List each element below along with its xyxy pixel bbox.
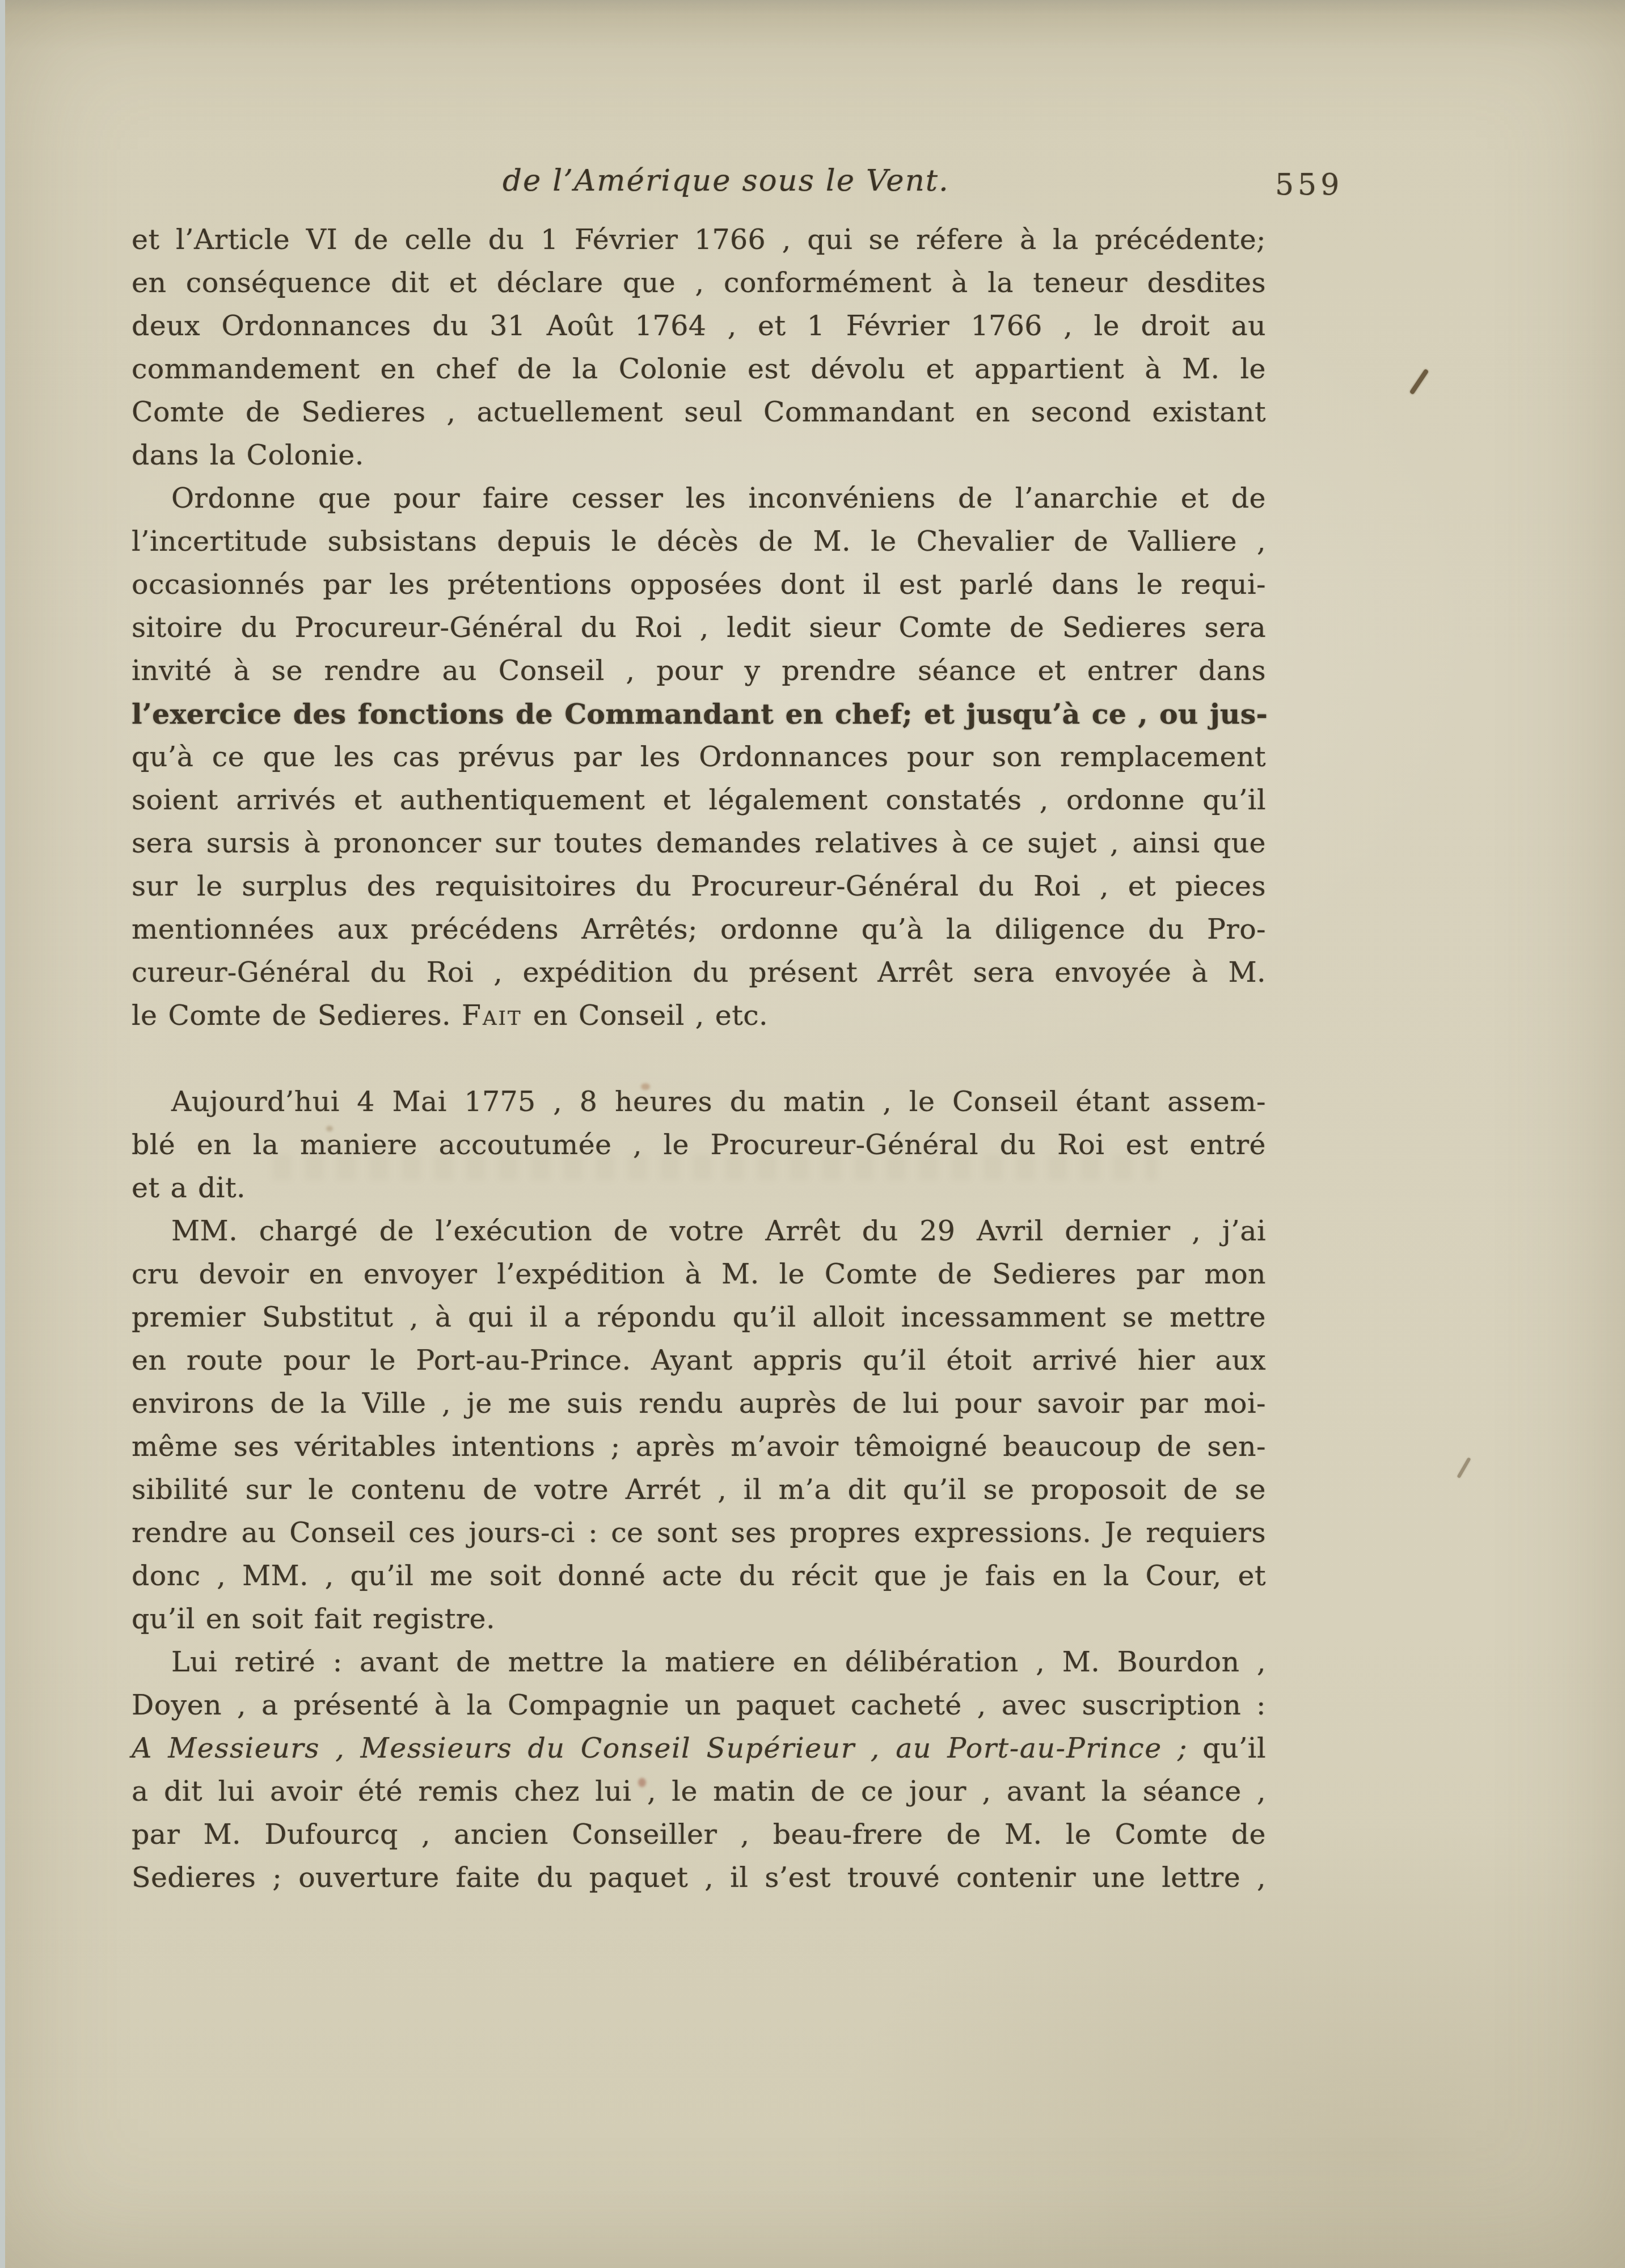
foxing-spot [638,1778,646,1787]
text-run: Ordonne que pour faire cesser les inconv… [171,482,1266,514]
text-line: Ordonne que pour faire cesser les inconv… [132,477,1266,520]
text-line: qu’il en soit fait registre. [132,1598,1266,1641]
text-line: mentionnées aux précédens Arrêtés; ordon… [132,908,1266,951]
text-line: Lui retiré : avant de mettre la matiere … [132,1641,1266,1684]
text-line: Aujourd’hui 4 Mai 1775 , 8 heures du mat… [132,1080,1266,1124]
text-run: dans la Colonie. [132,439,364,471]
text-run: sitoire du Procureur-Général du Roi , le… [132,611,1266,644]
text-run: deux Ordonnances du 31 Août 1764 , et 1 … [132,310,1266,342]
text-line: Doyen , a présenté à la Compagnie un paq… [132,1684,1266,1727]
text-run: a dit lui avoir été remis chez lui , le … [132,1775,1266,1807]
text-run: en conséquence dit et déclare que , conf… [132,267,1266,299]
ink-showthrough [272,1154,1157,1180]
text-run: qu’il [1188,1732,1266,1764]
text-run: et a dit. [132,1172,246,1204]
paragraph-gap [132,1037,1266,1080]
smallcaps-run: Fait [462,999,522,1032]
body-text-block: et l’Article VI de celle du 1 Février 17… [132,218,1266,1899]
text-run: en route pour le Port-au-Prince. Ayant a… [132,1344,1266,1376]
running-header-title: de l’Amérique sous le Vent. [159,163,1293,198]
text-line: le Comte de Sedieres. Fait en Conseil , … [132,994,1266,1037]
text-run: invité à se rendre au Conseil , pour y p… [132,654,1266,687]
text-run: Comte de Sedieres , actuellement seul Co… [132,396,1266,428]
text-line: A Messieurs , Messieurs du Conseil Supér… [132,1727,1266,1770]
text-run: l’incertitude subsistans depuis le décès… [132,525,1266,558]
foxing-spot [326,1126,333,1131]
text-line: sera sursis à prononcer sur toutes deman… [132,822,1266,865]
text-run: premier Substitut , à qui il a répondu q… [132,1301,1266,1333]
text-run: donc , MM. , qu’il me soit donné acte du… [132,1560,1266,1592]
text-run: rendre au Conseil ces jours-ci : ce sont… [132,1517,1266,1549]
text-line: MM. chargé de l’exécution de votre Arrêt… [132,1210,1266,1253]
book-page-scan: de l’Amérique sous le Vent. 559 et l’Art… [0,0,1625,2268]
text-run: environs de la Ville , je me suis rendu … [132,1387,1266,1420]
text-run: sur le surplus des requisitoires du Proc… [132,870,1266,902]
text-line: donc , MM. , qu’il me soit donné acte du… [132,1555,1266,1598]
text-line: l’exercice des fonctions de Commandant e… [132,692,1266,736]
text-run: soient arrivés et authentiquement et lég… [132,784,1266,816]
text-line: sur le surplus des requisitoires du Proc… [132,865,1266,908]
text-run: par M. Dufourcq , ancien Conseiller , be… [132,1818,1266,1851]
text-line: commandement en chef de la Colonie est d… [132,348,1266,391]
text-line: l’incertitude subsistans depuis le décès… [132,520,1266,563]
text-line: même ses véritables intentions ; après m… [132,1425,1266,1468]
text-line: soient arrivés et authentiquement et lég… [132,779,1266,822]
text-line: en conséquence dit et déclare que , conf… [132,261,1266,305]
text-line: sitoire du Procureur-Général du Roi , le… [132,606,1266,649]
text-line: occasionnés par les prétentions opposées… [132,563,1266,606]
text-line: dans la Colonie. [132,434,1266,477]
margin-slash-mark-icon [1457,1457,1471,1479]
text-run: en Conseil , etc. [522,999,768,1032]
page-number: 559 [1275,168,1343,202]
text-run: même ses véritables intentions ; après m… [132,1430,1266,1463]
text-run: occasionnés par les prétentions opposées… [132,568,1266,601]
text-run: MM. chargé de l’exécution de votre Arrêt… [171,1215,1266,1247]
text-line: deux Ordonnances du 31 Août 1764 , et 1 … [132,305,1266,348]
text-run: Doyen , a présenté à la Compagnie un paq… [132,1689,1266,1721]
scan-top-edge [0,0,1625,15]
text-line: par M. Dufourcq , ancien Conseiller , be… [132,1813,1266,1856]
text-run: Lui retiré : avant de mettre la matiere … [171,1646,1266,1678]
scanner-bed-edge [0,0,5,2268]
text-line: Sedieres ; ouverture faite du paquet , i… [132,1856,1266,1899]
text-run: sera sursis à prononcer sur toutes deman… [132,827,1266,859]
text-line: environs de la Ville , je me suis rendu … [132,1382,1266,1425]
italic-run: A Messieurs , Messieurs du Conseil Supér… [132,1732,1188,1764]
text-run: mentionnées aux précédens Arrêtés; ordon… [132,913,1266,945]
text-run: le Comte de Sedieres. [132,999,462,1032]
text-run: Aujourd’hui 4 Mai 1775 , 8 heures du mat… [171,1086,1266,1118]
text-line: qu’à ce que les cas prévus par les Ordon… [132,736,1266,779]
text-run: qu’il en soit fait registre. [132,1603,495,1635]
text-line: sibilité sur le contenu de votre Arrét ,… [132,1468,1266,1511]
margin-slash-mark-icon [1409,369,1429,395]
text-line: cru devoir en envoyer l’expédition à M. … [132,1253,1266,1296]
text-run: cru devoir en envoyer l’expédition à M. … [132,1258,1266,1290]
text-run: Sedieres ; ouverture faite du paquet , i… [132,1861,1266,1894]
text-line: invité à se rendre au Conseil , pour y p… [132,649,1266,692]
text-line: rendre au Conseil ces jours-ci : ce sont… [132,1511,1266,1555]
text-line: et l’Article VI de celle du 1 Février 17… [132,218,1266,261]
text-run: qu’à ce que les cas prévus par les Ordon… [132,741,1266,773]
text-run: cureur-Général du Roi , expédition du pr… [132,956,1266,989]
text-line: Comte de Sedieres , actuellement seul Co… [132,391,1266,434]
text-line: cureur-Général du Roi , expédition du pr… [132,951,1266,994]
text-run: sibilité sur le contenu de votre Arrét ,… [132,1473,1266,1506]
text-run: l’exercice des fonctions de Commandant e… [132,698,1268,730]
text-run: et l’Article VI de celle du 1 Février 17… [132,223,1266,256]
text-line: en route pour le Port-au-Prince. Ayant a… [132,1339,1266,1382]
foxing-spot [641,1083,650,1090]
text-line: premier Substitut , à qui il a répondu q… [132,1296,1266,1339]
text-run: commandement en chef de la Colonie est d… [132,353,1266,385]
text-line: a dit lui avoir été remis chez lui , le … [132,1770,1266,1813]
